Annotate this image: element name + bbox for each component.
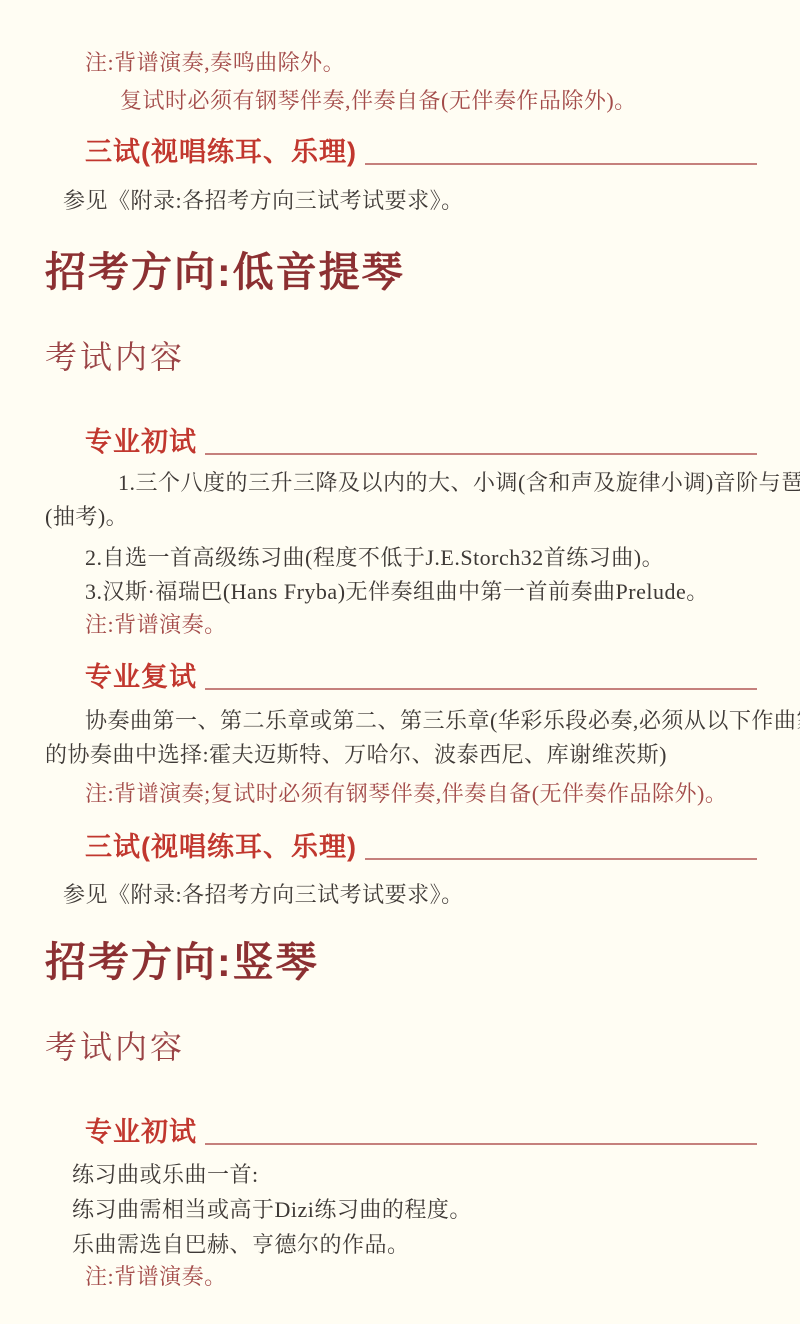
heading-rule xyxy=(365,858,757,860)
section-heading-row: 专业初试 xyxy=(85,424,757,458)
note-line: 注:背谱演奏。 xyxy=(85,1262,227,1292)
note-line: 注:背谱演奏。 xyxy=(85,610,227,640)
exam-paragraph: 协奏曲第一、第二乐章或第二、第三乐章(华彩乐段必奏,必须从以下作曲家 xyxy=(85,706,800,736)
heading-rule xyxy=(205,453,757,455)
section-heading-row: 三试(视唱练耳、乐理) xyxy=(85,829,757,863)
section-heading: 专业初试 xyxy=(85,1116,197,1148)
note-line: 复试时必须有钢琴伴奏,伴奏自备(无伴奏作品除外)。 xyxy=(120,86,637,116)
section-heading: 专业初试 xyxy=(85,426,197,458)
exam-item: 练习曲或乐曲一首: xyxy=(72,1160,259,1190)
heading-rule xyxy=(205,688,757,690)
note-line: 注:背谱演奏;复试时必须有钢琴伴奏,伴奏自备(无伴奏作品除外)。 xyxy=(85,779,727,809)
exam-content-label: 考试内容 xyxy=(45,1026,185,1068)
exam-item: 2.自选一首高级练习曲(程度不低于J.E.Storch32首练习曲)。 xyxy=(85,543,664,573)
exam-item: 1.三个八度的三升三降及以内的大、小调(含和声及旋律小调)音阶与琶音 xyxy=(118,468,800,498)
section-heading-row: 专业复试 xyxy=(85,659,757,693)
heading-rule xyxy=(205,1143,757,1145)
exam-content-label: 考试内容 xyxy=(45,336,185,378)
exam-item: 乐曲需选自巴赫、亨德尔的作品。 xyxy=(72,1230,410,1260)
reference-line: 参见《附录:各招考方向三试考试要求》。 xyxy=(63,880,464,910)
direction-title: 招考方向:竖琴 xyxy=(45,936,319,988)
direction-title: 招考方向:低音提琴 xyxy=(45,246,405,298)
note-line: 注:背谱演奏,奏鸣曲除外。 xyxy=(85,48,345,78)
heading-rule xyxy=(365,163,757,165)
section-heading-row: 三试(视唱练耳、乐理) xyxy=(85,134,757,168)
exam-paragraph-continuation: 的协奏曲中选择:霍夫迈斯特、万哈尔、波泰西尼、库谢维茨斯) xyxy=(45,740,667,770)
exam-item-continuation: (抽考)。 xyxy=(45,502,128,532)
section-heading: 专业复试 xyxy=(85,661,197,693)
reference-line: 参见《附录:各招考方向三试考试要求》。 xyxy=(63,186,464,216)
exam-item: 练习曲需相当或高于Dizi练习曲的程度。 xyxy=(72,1195,472,1225)
section-heading: 三试(视唱练耳、乐理) xyxy=(85,831,357,863)
document-page: 注:背谱演奏,奏鸣曲除外。 复试时必须有钢琴伴奏,伴奏自备(无伴奏作品除外)。 … xyxy=(0,0,800,1324)
section-heading: 三试(视唱练耳、乐理) xyxy=(85,136,357,168)
section-heading-row: 专业初试 xyxy=(85,1114,757,1148)
exam-item: 3.汉斯·福瑞巴(Hans Fryba)无伴奏组曲中第一首前奏曲Prelude。 xyxy=(85,577,709,607)
